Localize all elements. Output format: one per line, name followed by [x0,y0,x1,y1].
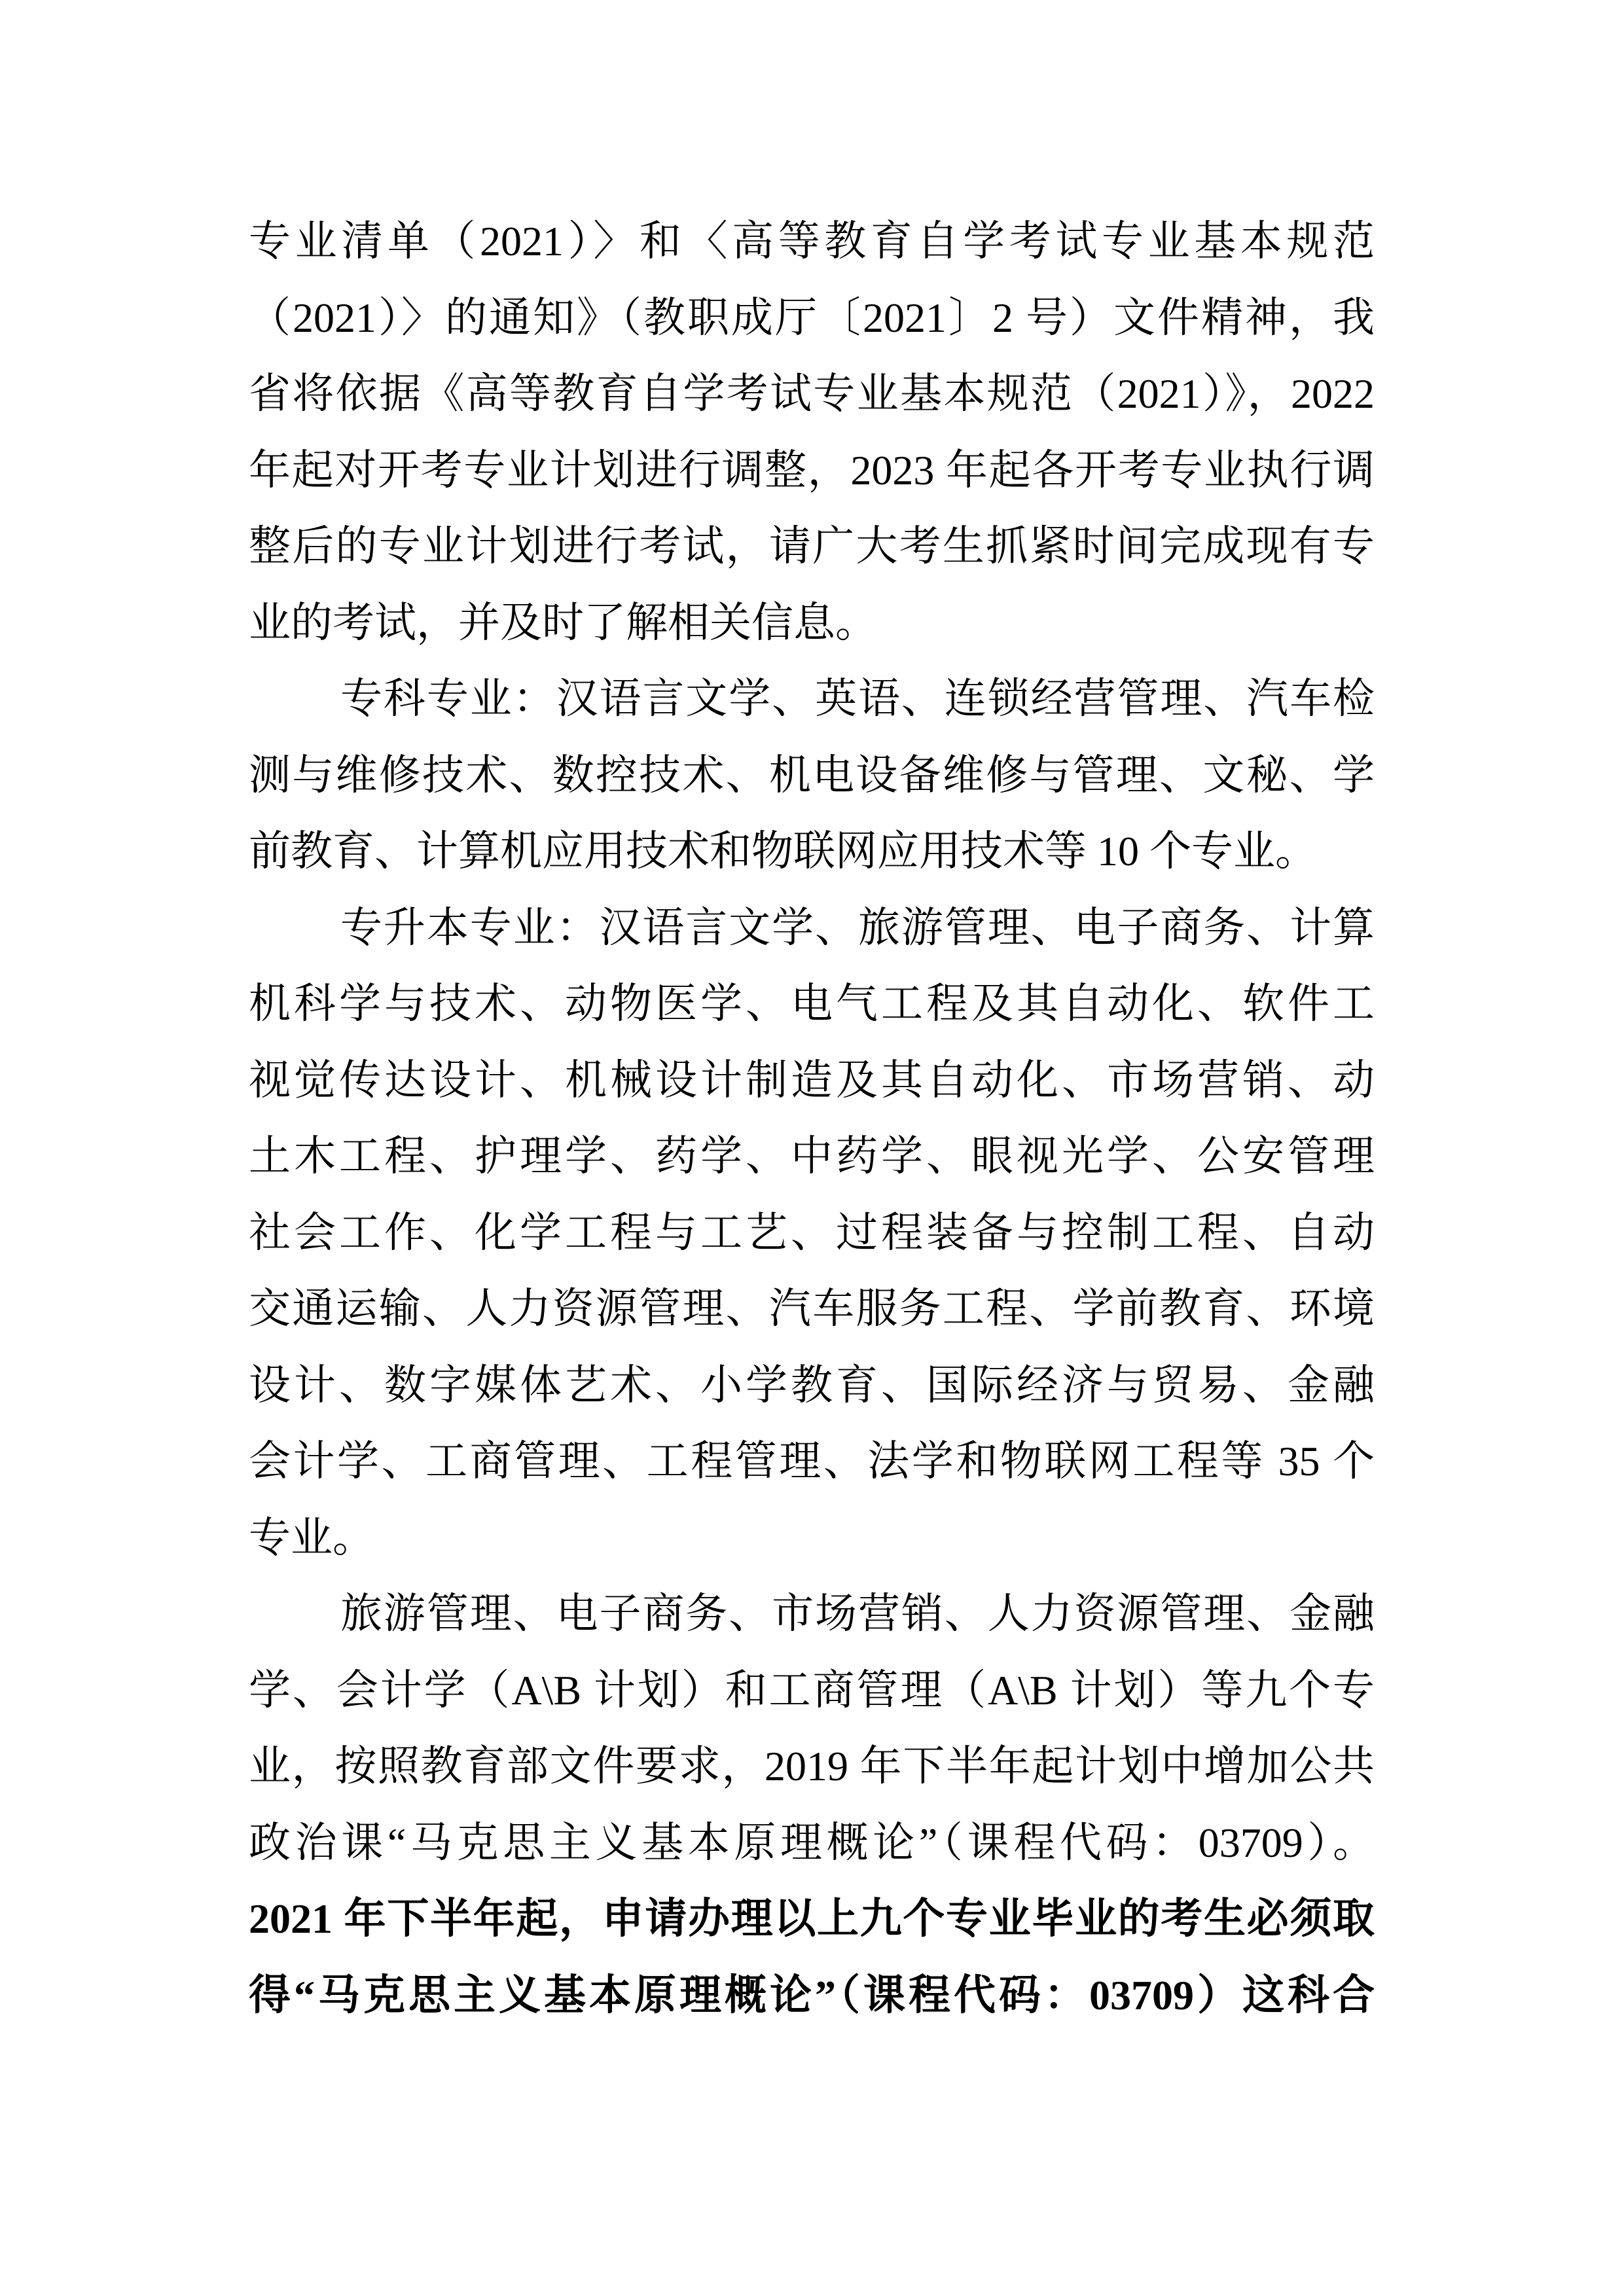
text-line: 专科专业：汉语言文学、英语、连锁经营管理、汽车检 [249,661,1375,738]
document-page: 专业清单（2021）〉和〈高等教育自学考试专业基本规范 （2021）〉的通知》（… [0,0,1624,2296]
text-line: 测与维修技术、数控技术、机电设备维修与管理、文秘、学 [249,738,1375,814]
text-line: 整后的专业计划进行考试，请广大考生抓紧时间完成现有专 [249,509,1375,585]
text-line-emphasis: 得“马克思主义基本原理概论”（课程代码：03709）这科合 [249,1958,1375,2034]
text-line: 学、会计学（A\B 计划）和工商管理（A\B 计划）等九个专 [249,1653,1375,1729]
text-line: 政治课“马克思主义基本原理概论”（课程代码：03709）。 [249,1805,1375,1882]
text-line: 专升本专业：汉语言文学、旅游管理、电子商务、计算 [249,890,1375,967]
text-line: 年起对开考专业计划进行调整，2023 年起各开考专业执行调 [249,433,1375,509]
text-line: 省将依据《高等教育自学考试专业基本规范（2021）》，2022 [249,356,1375,433]
text-line: 前教育、计算机应用技术和物联网应用技术等 10 个专业。 [249,814,1375,890]
text-line: 交通运输、人力资源管理、汽车服务工程、学前教育、环境 [249,1271,1375,1348]
text-line: 专业。 [249,1500,1375,1577]
text-line: 旅游管理、电子商务、市场营销、人力资源管理、金融 [249,1576,1375,1653]
text-line: 社会工作、化学工程与工艺、过程装备与控制工程、自动化、 [249,1195,1375,1272]
text-line-emphasis: 2021 年下半年起，申请办理以上九个专业毕业的考生必须取 [249,1881,1375,1958]
text-line: 设计、数字媒体艺术、小学教育、国际经济与贸易、金融学、 [249,1348,1375,1424]
text-line: 视觉传达设计、机械设计制造及其自动化、市场营销、动画、 [249,1043,1375,1119]
text-line: 土木工程、护理学、药学、中药学、眼视光学、公安管理学、 [249,1119,1375,1195]
text-line: 机科学与技术、动物医学、电气工程及其自动化、软件工程、 [249,966,1375,1043]
text-line: 业的考试，并及时了解相关信息。 [249,585,1375,662]
text-line: （2021）〉的通知》（教职成厅〔2021〕2 号）文件精神，我 [249,280,1375,357]
text-line: 会计学、工商管理、工程管理、法学和物联网工程等 35 个 [249,1424,1375,1500]
text-line: 业，按照教育部文件要求，2019 年下半年起计划中增加公共 [249,1729,1375,1805]
document-text-block: 专业清单（2021）〉和〈高等教育自学考试专业基本规范 （2021）〉的通知》（… [249,204,1375,2034]
text-line: 专业清单（2021）〉和〈高等教育自学考试专业基本规范 [249,204,1375,280]
